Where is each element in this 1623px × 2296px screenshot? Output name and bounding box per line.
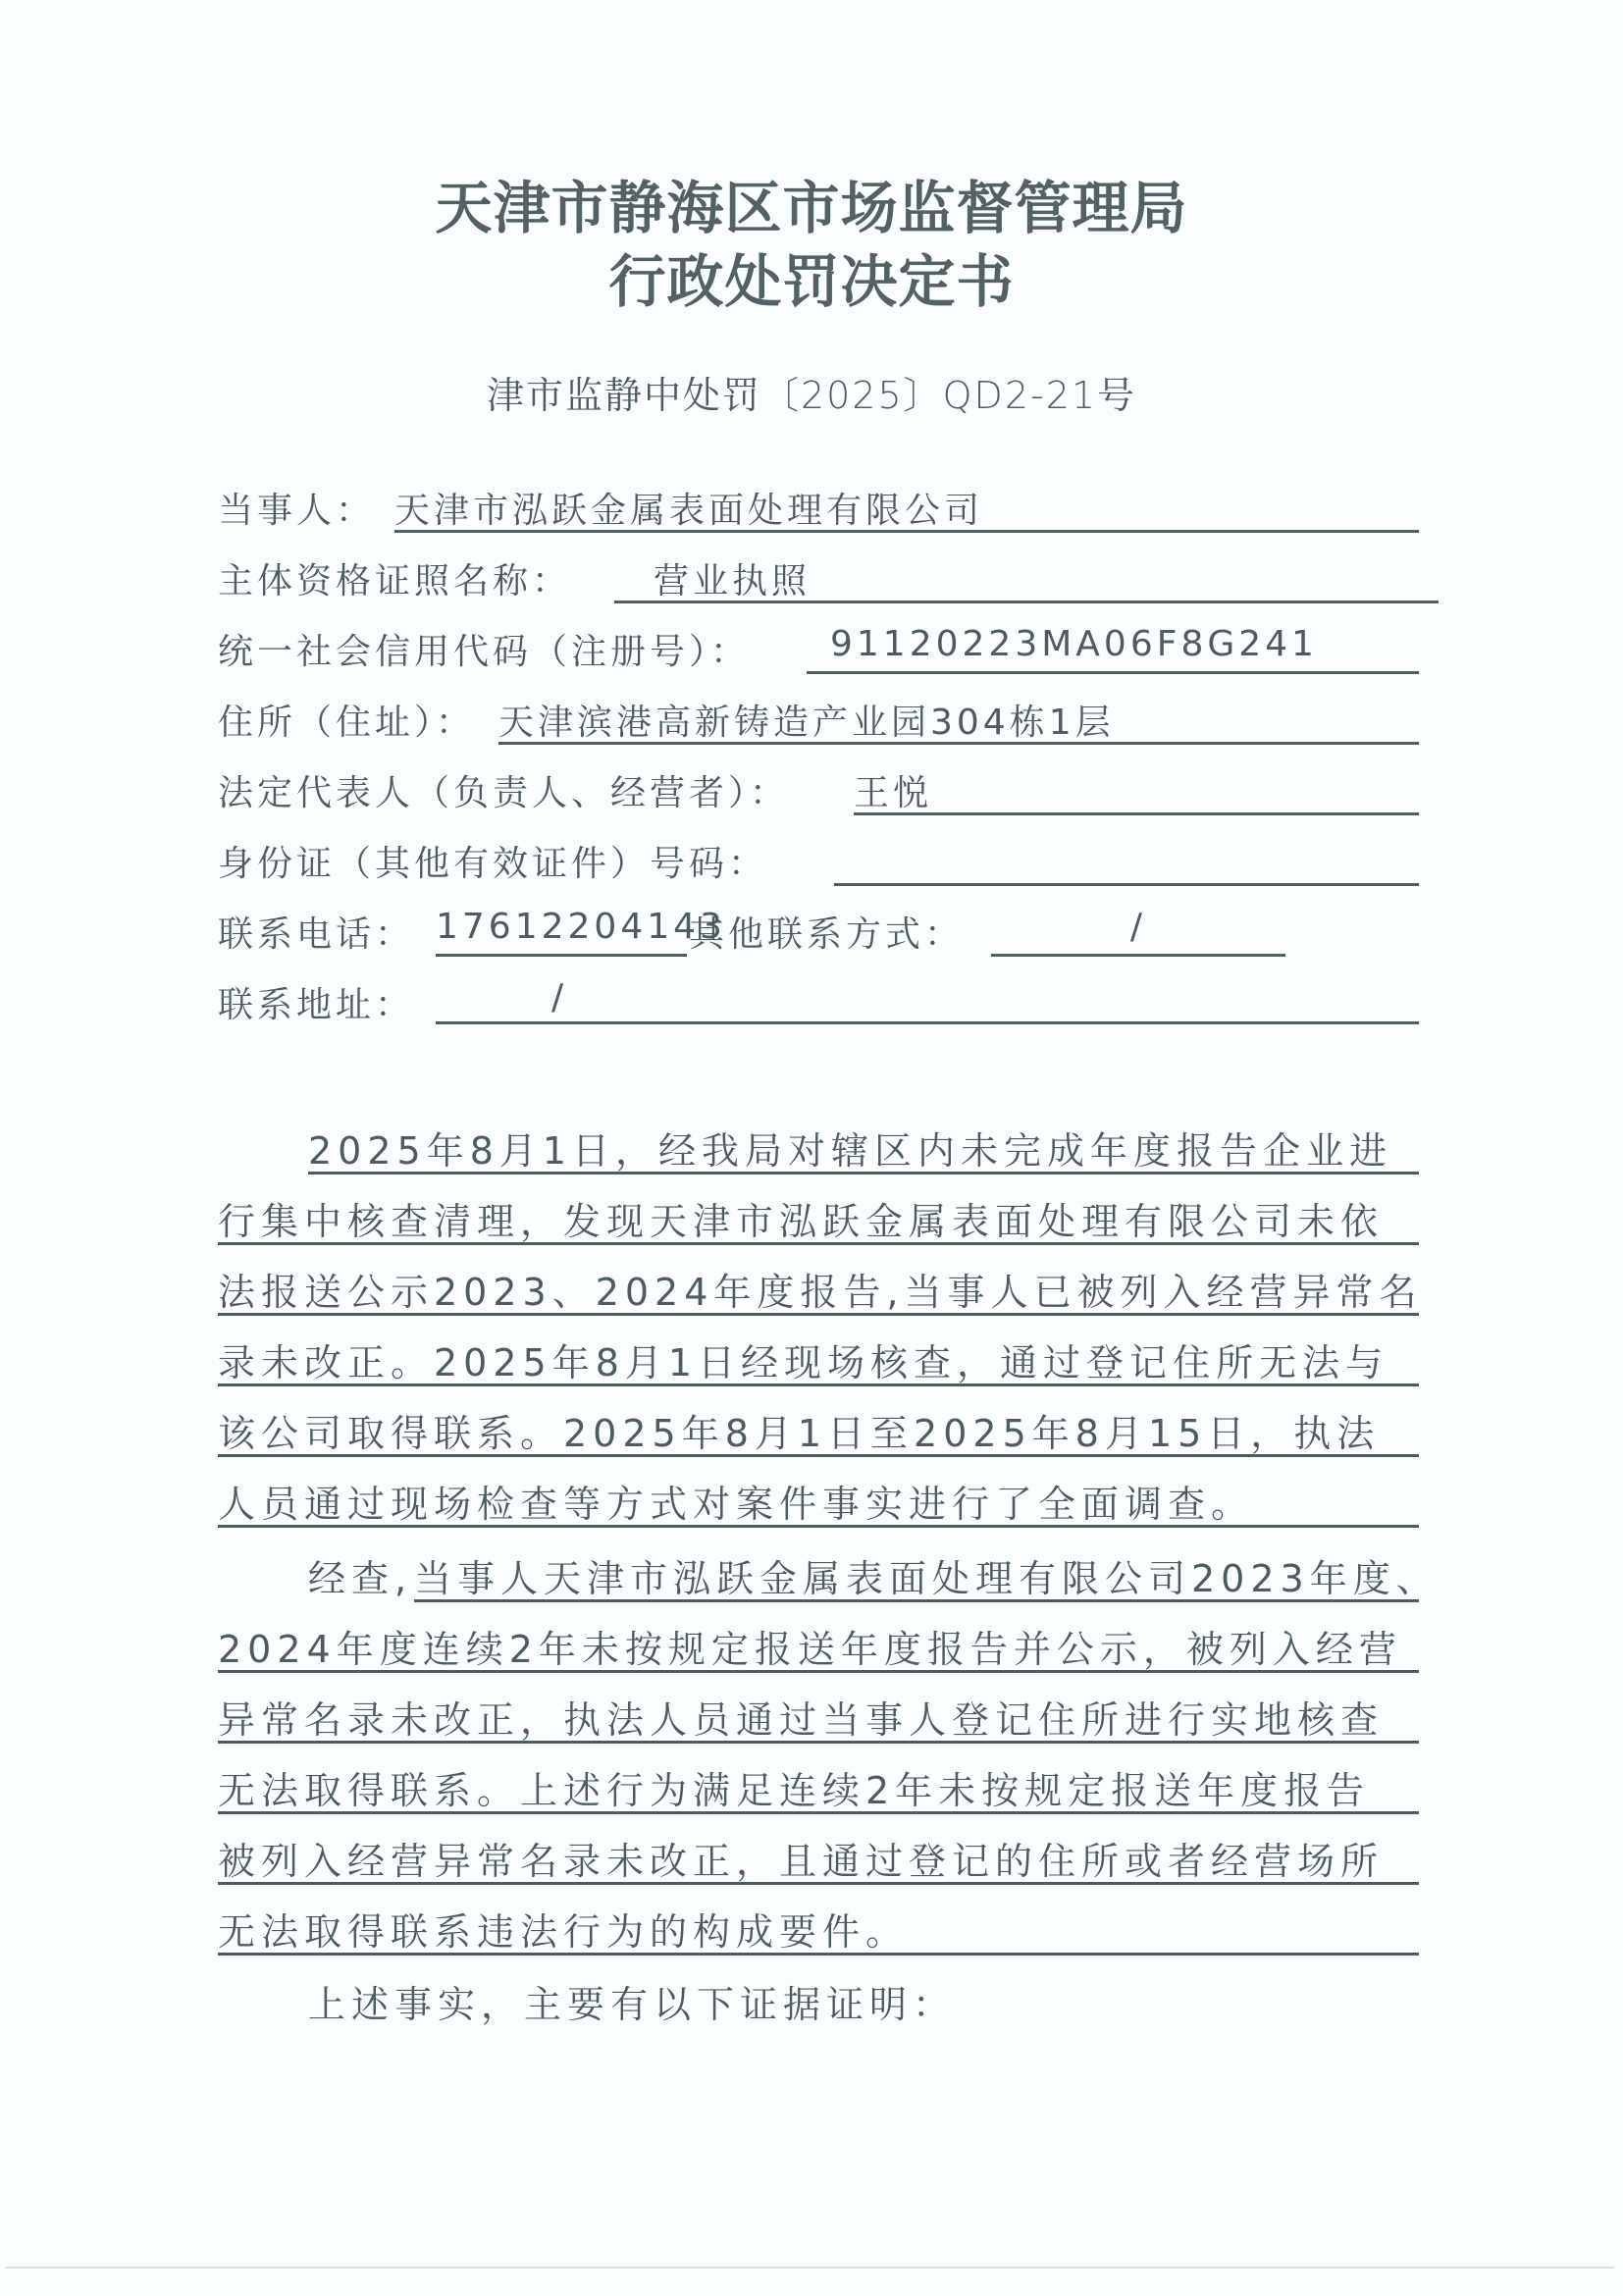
other-contact-label: 其他联系方式： — [689, 907, 964, 957]
license-value: 营业执照 — [614, 553, 1439, 603]
legal-rep-label: 法定代表人（负责人、经营者）： — [218, 765, 789, 815]
id-number-label: 身份证（其他有效证件）号码： — [218, 836, 767, 886]
address-label: 住所（住址）： — [218, 695, 475, 745]
legal-rep-field: 法定代表人（负责人、经营者）： 王悦 — [218, 765, 1419, 812]
paragraph1-line: 法报送公示2023、2024年度报告,当事人已被列入经营异常名 — [218, 1262, 1419, 1313]
other-contact-value: / — [991, 907, 1285, 957]
paragraph1-line: 该公司取得联系。2025年8月1日至2025年8月15日，执法 — [218, 1403, 1419, 1454]
credit-code-label: 统一社会信用代码（注册号）： — [218, 624, 750, 674]
license-field: 主体资格证照名称： 营业执照 — [218, 553, 1419, 600]
document-number: 津市监静中处罚〔2025〕QD2-21号 — [0, 365, 1623, 419]
paragraph2-line: 2024年度连续2年未按规定报送年度报告并公示，被列入经营 — [218, 1619, 1419, 1670]
paragraph2-line: 异常名录未改正，执法人员通过当事人登记住所进行实地核查 — [218, 1690, 1419, 1741]
contact-address-label: 联系地址： — [218, 977, 414, 1027]
address-value: 天津滨港高新铸造产业园304栋1层 — [498, 695, 1419, 745]
legal-rep-value: 王悦 — [854, 765, 1419, 815]
paragraph2-line: 经查, 当事人天津市泓跃金属表面处理有限公司2023年度、 — [218, 1548, 1419, 1599]
contact-address-value: / — [436, 977, 1419, 1024]
party-name-label: 当事人： — [218, 483, 375, 533]
id-number-field: 身份证（其他有效证件）号码： — [218, 836, 1419, 883]
party-name-value: 天津市泓跃金属表面处理有限公司 — [394, 483, 1419, 533]
paragraph3-line: 上述事实，主要有以下证据证明： — [218, 1974, 1419, 2025]
document-title-line2: 行政处罚决定书 — [0, 235, 1623, 318]
paragraph1-line: 行集中核查清理，发现天津市泓跃金属表面处理有限公司未依 — [218, 1191, 1419, 1242]
phone-value: 17612204143 — [436, 907, 687, 957]
paragraph1-line: 录未改正。2025年8月1日经现场核查，通过登记住所无法与 — [218, 1332, 1419, 1383]
phone-field: 联系电话： 17612204143 其他联系方式： / — [218, 907, 1419, 954]
paragraph2-line: 无法取得联系。上述行为满足连续2年未按规定报送年度报告 — [218, 1760, 1419, 1811]
phone-label: 联系电话： — [218, 907, 414, 957]
credit-code-field: 统一社会信用代码（注册号）： 91120223MA06F8G241 — [218, 624, 1419, 671]
paragraph1-line: 人员通过现场检查等方式对案件事实进行了全面调查。 — [218, 1474, 1419, 1525]
document-title-line1: 天津市静海区市场监督管理局 — [0, 162, 1623, 244]
license-label: 主体资格证照名称： — [218, 553, 571, 603]
paragraph2-line: 被列入经营异常名录未改正，且通过登记的住所或者经营场所 — [218, 1831, 1419, 1882]
party-name-field: 当事人： 天津市泓跃金属表面处理有限公司 — [218, 483, 1419, 530]
paragraph1-line: 2025年8月1日，经我局对辖区内未完成年度报告企业进 — [218, 1121, 1419, 1172]
address-field: 住所（住址）： 天津滨港高新铸造产业园304栋1层 — [218, 695, 1419, 742]
credit-code-value: 91120223MA06F8G241 — [807, 624, 1419, 674]
scan-edge-divider — [5, 2267, 1614, 2269]
contact-address-field: 联系地址： / — [218, 977, 1419, 1024]
id-number-value-redacted — [834, 836, 1419, 886]
paragraph2-prefix: 经查, — [308, 1548, 412, 1602]
paragraph2-line: 无法取得联系违法行为的构成要件。 — [218, 1902, 1419, 1953]
